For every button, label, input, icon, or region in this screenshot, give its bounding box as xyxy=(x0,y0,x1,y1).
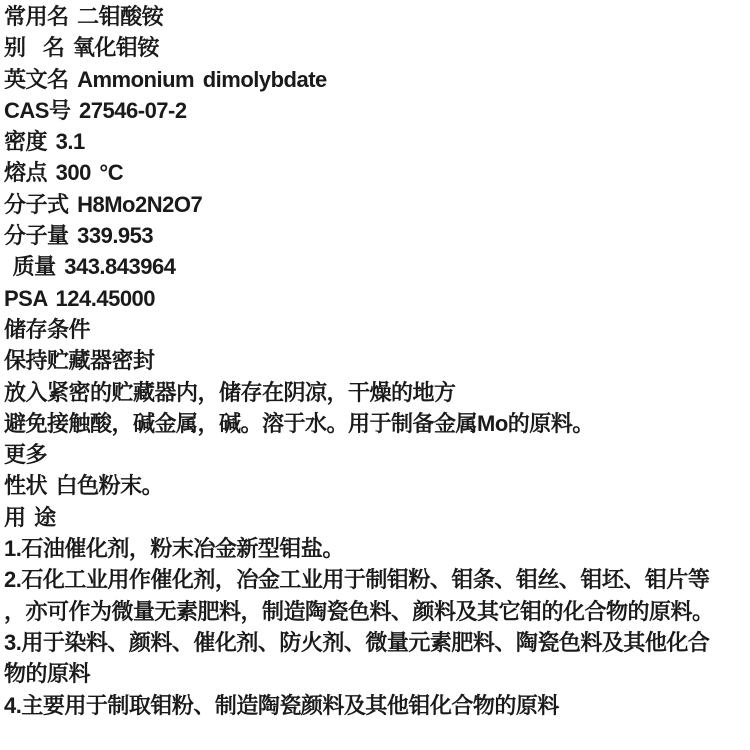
storage-conditions-title-line: 储存条件 xyxy=(4,314,750,345)
exact-mass-line: 质量 343.843964 xyxy=(4,251,750,282)
psa-line: PSA 124.45000 xyxy=(4,283,750,314)
common-name-line: 常用名 二钼酸铵 xyxy=(4,1,750,32)
storage-place-line: 放入紧密的贮藏器内，储存在阴凉，干燥的地方 xyxy=(4,377,750,408)
usage-item-4-line: 4.主要用于制取钼粉、制造陶瓷颜料及其他钼化合物的原料 xyxy=(4,690,750,721)
usage-item-3-line-2: 物的原料 xyxy=(4,658,750,689)
usage-item-1-line: 1.石油催化剂，粉末冶金新型钼盐。 xyxy=(4,533,750,564)
usage-item-2-line-1: 2.石化工业用作催化剂，冶金工业用于制钼粉、钼条、钼丝、钼坯、钼片等 xyxy=(4,564,750,595)
storage-avoid-line: 避免接触酸，碱金属，碱。溶于水。用于制备金属Mo的原料。 xyxy=(4,408,750,439)
more-link[interactable]: 更多 xyxy=(4,439,750,470)
english-name-line: 英文名 Ammonium dimolybdate xyxy=(4,64,750,95)
appearance-line: 性状 白色粉末。 xyxy=(4,470,750,501)
chemical-info-document: 常用名 二钼酸铵 别 名 氧化钼铵 英文名 Ammonium dimolybda… xyxy=(0,0,750,750)
usage-item-2-line-2: ，亦可作为微量无素肥料，制造陶瓷色料、颜料及其它钼的化合物的原料。 xyxy=(4,596,750,627)
alias-name-line: 别 名 氧化钼铵 xyxy=(4,32,750,63)
melting-point-line: 熔点 300 °C xyxy=(4,157,750,188)
molecular-weight-line: 分子量 339.953 xyxy=(4,220,750,251)
molecular-formula-line: 分子式 H8Mo2N2O7 xyxy=(4,189,750,220)
storage-keep-sealed-line: 保持贮藏器密封 xyxy=(4,345,750,376)
usage-item-3-line-1: 3.用于染料、颜料、催化剂、防火剂、微量元素肥料、陶瓷色料及其他化合 xyxy=(4,627,750,658)
density-line: 密度 3.1 xyxy=(4,126,750,157)
usage-title-line: 用 途 xyxy=(4,502,750,533)
cas-number-line: CAS号 27546-07-2 xyxy=(4,95,750,126)
